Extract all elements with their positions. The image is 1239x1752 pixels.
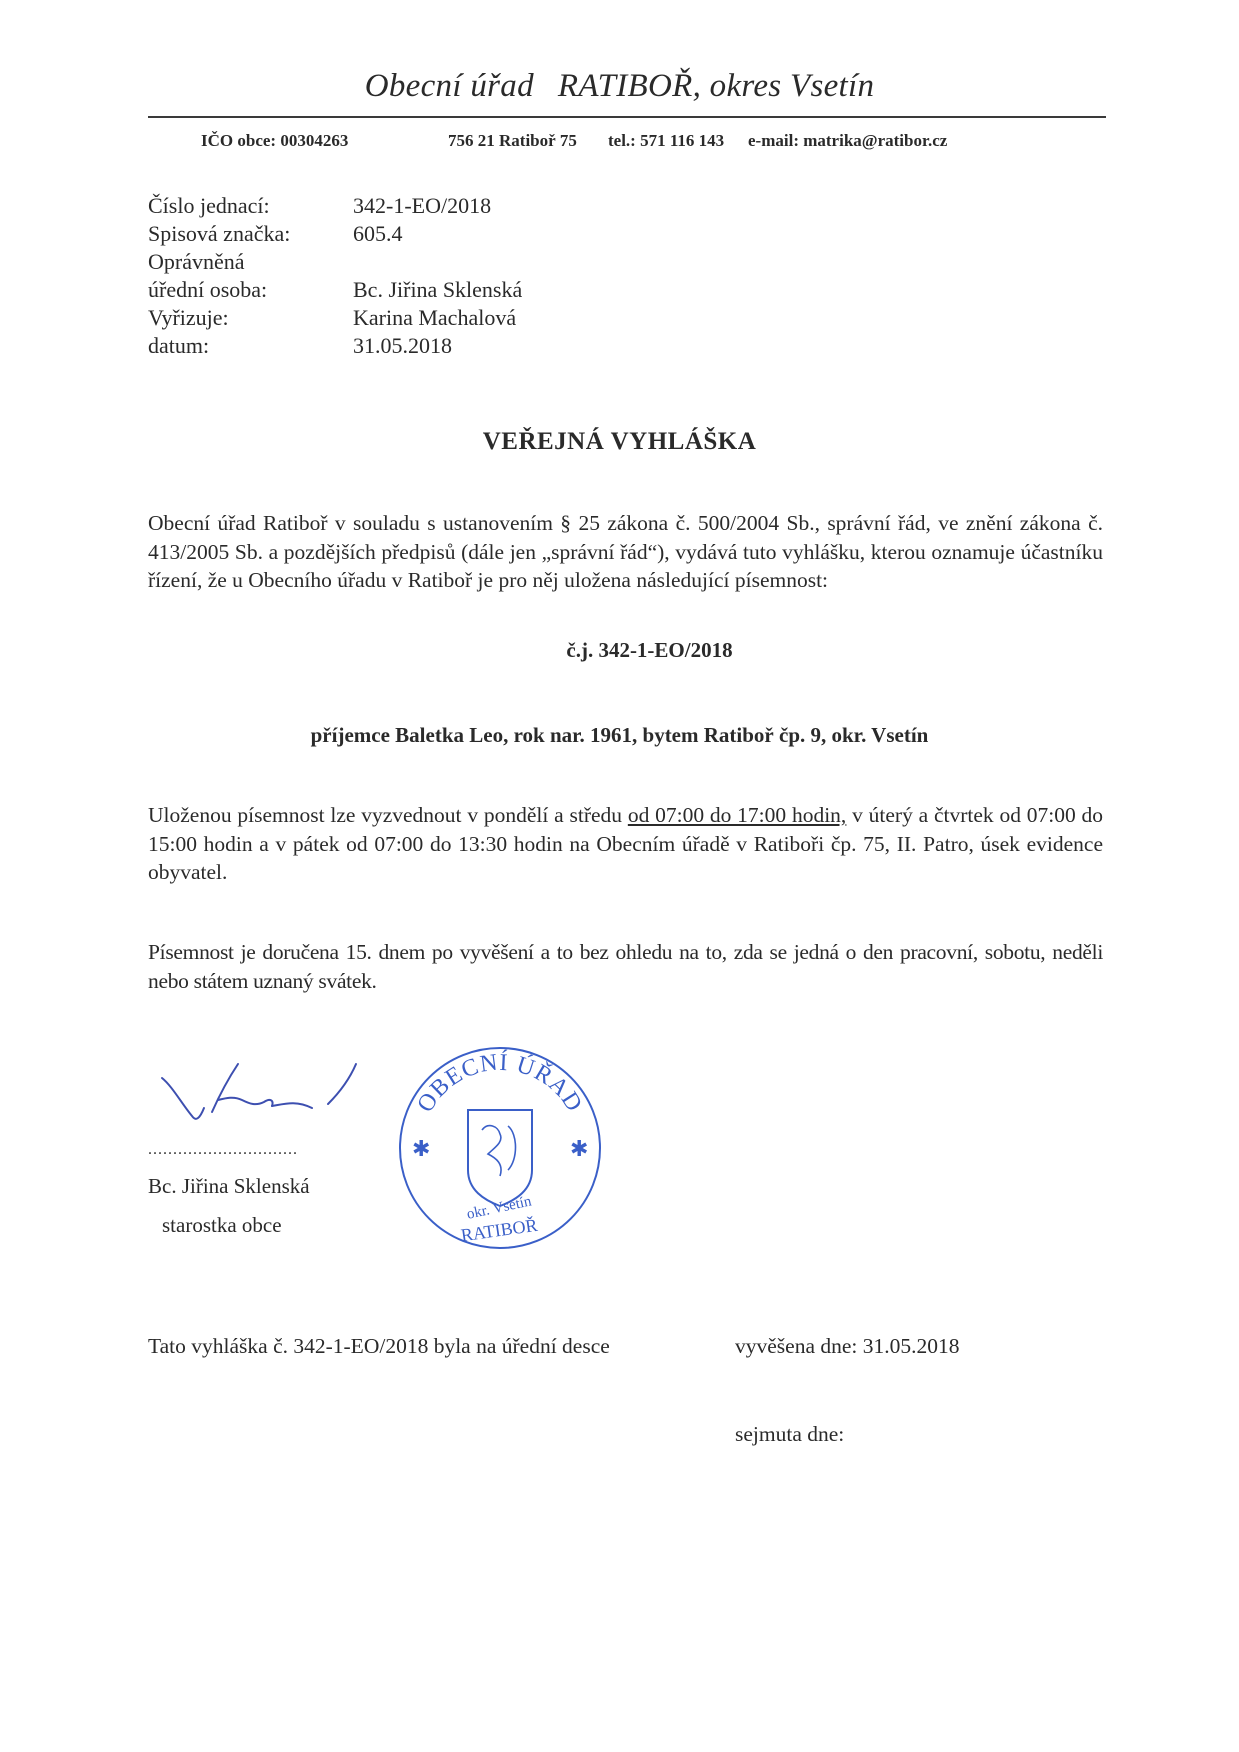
official-stamp: OBECNÍ ÚŘAD ✱ ✱ okr. Vsetín RATIBOŘ [390, 1030, 610, 1260]
posted-date: vyvěšena dne: 31.05.2018 [735, 1334, 960, 1359]
address: 756 21 Ratiboř 75 [448, 131, 577, 151]
office-name: Obecní úřad [365, 68, 534, 104]
letterhead-title: Obecní úřadRATIBOŘ, okres Vsetín [0, 68, 1239, 105]
star-icon: ✱ [570, 1136, 588, 1161]
ico: IČO obce: 00304263 [201, 131, 348, 151]
recipient-line: příjemce Baletka Leo, rok nar. 1961, byt… [0, 723, 1239, 748]
removed-date: sejmuta dne: [735, 1422, 844, 1447]
phone: tel.: 571 116 143 [608, 131, 724, 151]
reference-number: č.j. 342-1-EO/2018 [30, 638, 1239, 663]
delivery-paragraph: Písemnost je doručena 15. dnem po vyvěše… [148, 938, 1103, 995]
handwritten-signature [160, 1060, 380, 1150]
signer-name: Bc. Jiřina Sklenská [148, 1174, 310, 1199]
posting-notice: Tato vyhláška č. 342-1-EO/2018 byla na ú… [148, 1334, 610, 1359]
letterhead-divider [148, 116, 1106, 118]
svg-text:OBECNÍ ÚŘAD: OBECNÍ ÚŘAD [412, 1050, 587, 1117]
pickup-paragraph: Uloženou písemnost lze vyzvednout v pond… [148, 801, 1103, 887]
signer-role: starostka obce [162, 1213, 282, 1238]
document-heading: VEŘEJNÁ VYHLÁŠKA [0, 428, 1239, 456]
coat-of-arms-icon [468, 1110, 532, 1206]
signature-line: .............................. [148, 1141, 298, 1159]
star-icon: ✱ [412, 1136, 430, 1161]
email: e-mail: matrika@ratibor.cz [748, 131, 947, 151]
weekday-hours: od 07:00 do 17:00 hodin, [628, 803, 846, 827]
intro-paragraph: Obecní úřad Ratiboř v souladu s ustanove… [148, 509, 1103, 595]
municipality-name: RATIBOŘ, okres Vsetín [558, 68, 874, 104]
